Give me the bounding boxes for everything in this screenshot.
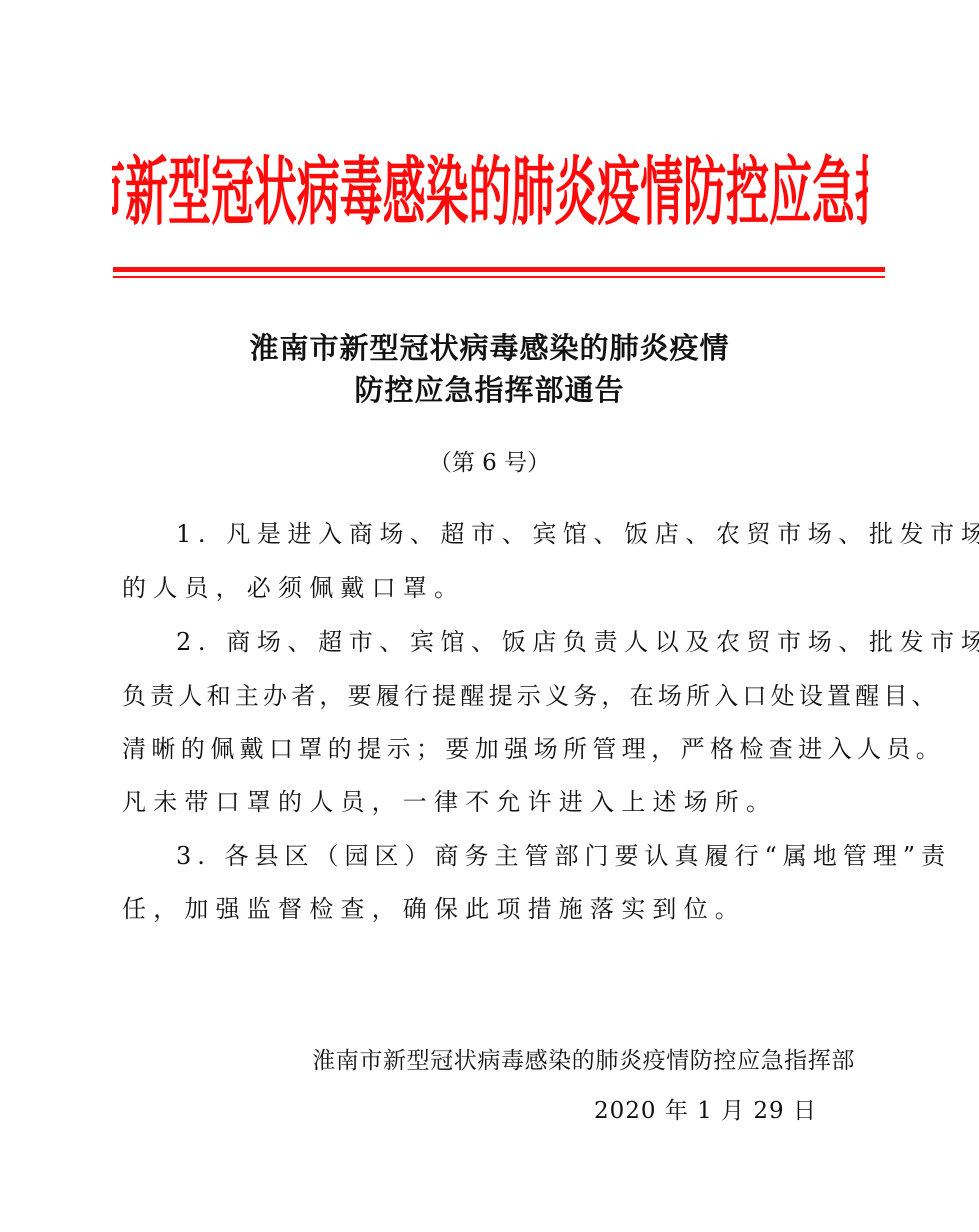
notice-title-line2: 防控应急指挥部通告 xyxy=(0,376,979,405)
body-paragraph-2-line-2: 负责人和主办者，要履行提醒提示义务，在场所入口处设置醒目、 xyxy=(122,684,940,708)
body-paragraph-1-line-2: 的人员，必须佩戴口罩。 xyxy=(122,576,465,600)
notice-title-line1: 淮南市新型冠状病毒感染的肺炎疫情 xyxy=(0,334,979,363)
notice-number: （第 6 号） xyxy=(0,452,979,475)
body-paragraph-3-line-2: 任，加强监督检查，确保此项措施落实到位。 xyxy=(122,897,746,921)
body-paragraph-1-line-1: 1. 凡是进入商场、超市、宾馆、饭店、农贸市场、批发市场 xyxy=(176,522,979,546)
body-paragraph-3-line-1: 3. 各县区（园区）商务主管部门要认真履行“属地管理”责 xyxy=(176,844,951,868)
body-paragraph-2-line-4: 凡未带口罩的人员，一律不允许进入上述场所。 xyxy=(122,790,777,814)
issuer-masthead: 淮南市新型冠状病毒感染的肺炎疫情防控应急指挥部 xyxy=(112,155,868,229)
body-paragraph-2-line-3: 清晰的佩戴口罩的提示；要加强场所管理，严格检查进入人员。 xyxy=(122,737,945,761)
issue-date: 2020 年 1 月 29 日 xyxy=(594,1100,817,1123)
masthead: 淮南市新型冠状病毒感染的肺炎疫情防控应急指挥部 xyxy=(112,146,868,238)
issuer-signature: 淮南市新型冠状病毒感染的肺炎疫情防控应急指挥部 xyxy=(312,1050,855,1073)
body-paragraph-2-line-1: 2. 商场、超市、宾馆、饭店负责人以及农贸市场、批发市场 xyxy=(176,630,979,654)
masthead-rule-thin xyxy=(113,276,885,278)
masthead-rule-thick xyxy=(113,267,885,272)
